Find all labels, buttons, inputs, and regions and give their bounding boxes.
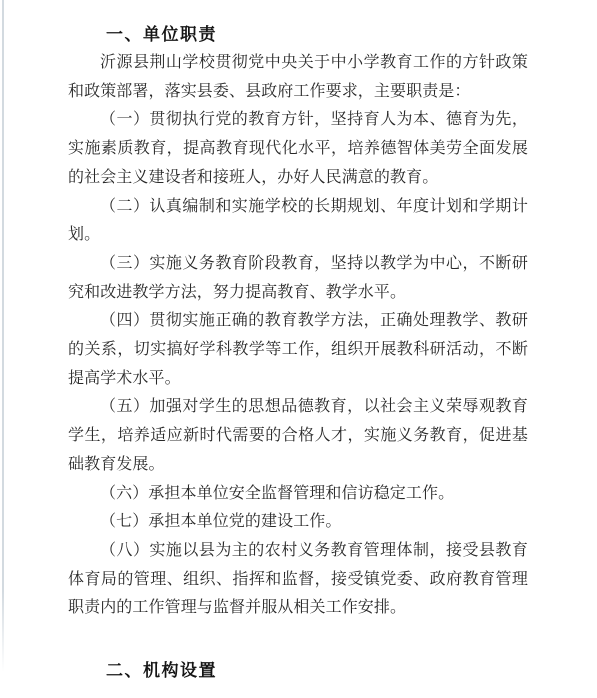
paragraph: （二）认真编制和实施学校的长期规划、年度计划和学期计划。 <box>68 193 528 250</box>
document-page: 一、单位职责 沂源县荆山学校贯彻党中央关于中小学教育工作的方针政策和政策部署，落… <box>0 0 597 698</box>
section-1-body: 沂源县荆山学校贯彻党中央关于中小学教育工作的方针政策和政策部署，落实县委、县政府… <box>68 49 528 623</box>
paragraph: （一）贯彻执行党的教育方针，坚持育人为本、德育为先，实施素质教育，提高教育现代化… <box>68 106 528 192</box>
paragraph: 沂源县荆山学校贯彻党中央关于中小学教育工作的方针政策和政策部署，落实县委、县政府… <box>68 49 528 106</box>
paragraph: （五）加强对学生的思想品德教育，以社会主义荣辱观教育学生，培养适应新时代需要的合… <box>68 393 528 479</box>
paragraph: （七）承担本单位党的建设工作。 <box>68 508 528 537</box>
section-1-heading: 一、单位职责 <box>68 20 528 49</box>
document-content: 一、单位职责 沂源县荆山学校贯彻党中央关于中小学教育工作的方针政策和政策部署，落… <box>68 20 528 685</box>
section-2-heading: 二、机构设置 <box>68 656 528 685</box>
paragraph: （八）实施以县为主的农村义务教育管理体制，接受县教育体育局的管理、组织、指挥和监… <box>68 537 528 623</box>
paragraph: （六）承担本单位安全监督管理和信访稳定工作。 <box>68 480 528 509</box>
page-edge-line <box>2 0 4 672</box>
paragraph: （四）贯彻实施正确的教育教学方法，正确处理教学、教研的关系，切实搞好学科教学等工… <box>68 307 528 393</box>
paragraph: （三）实施义务教育阶段教育，坚持以教学为中心，不断研究和改进教学方法，努力提高教… <box>68 250 528 307</box>
